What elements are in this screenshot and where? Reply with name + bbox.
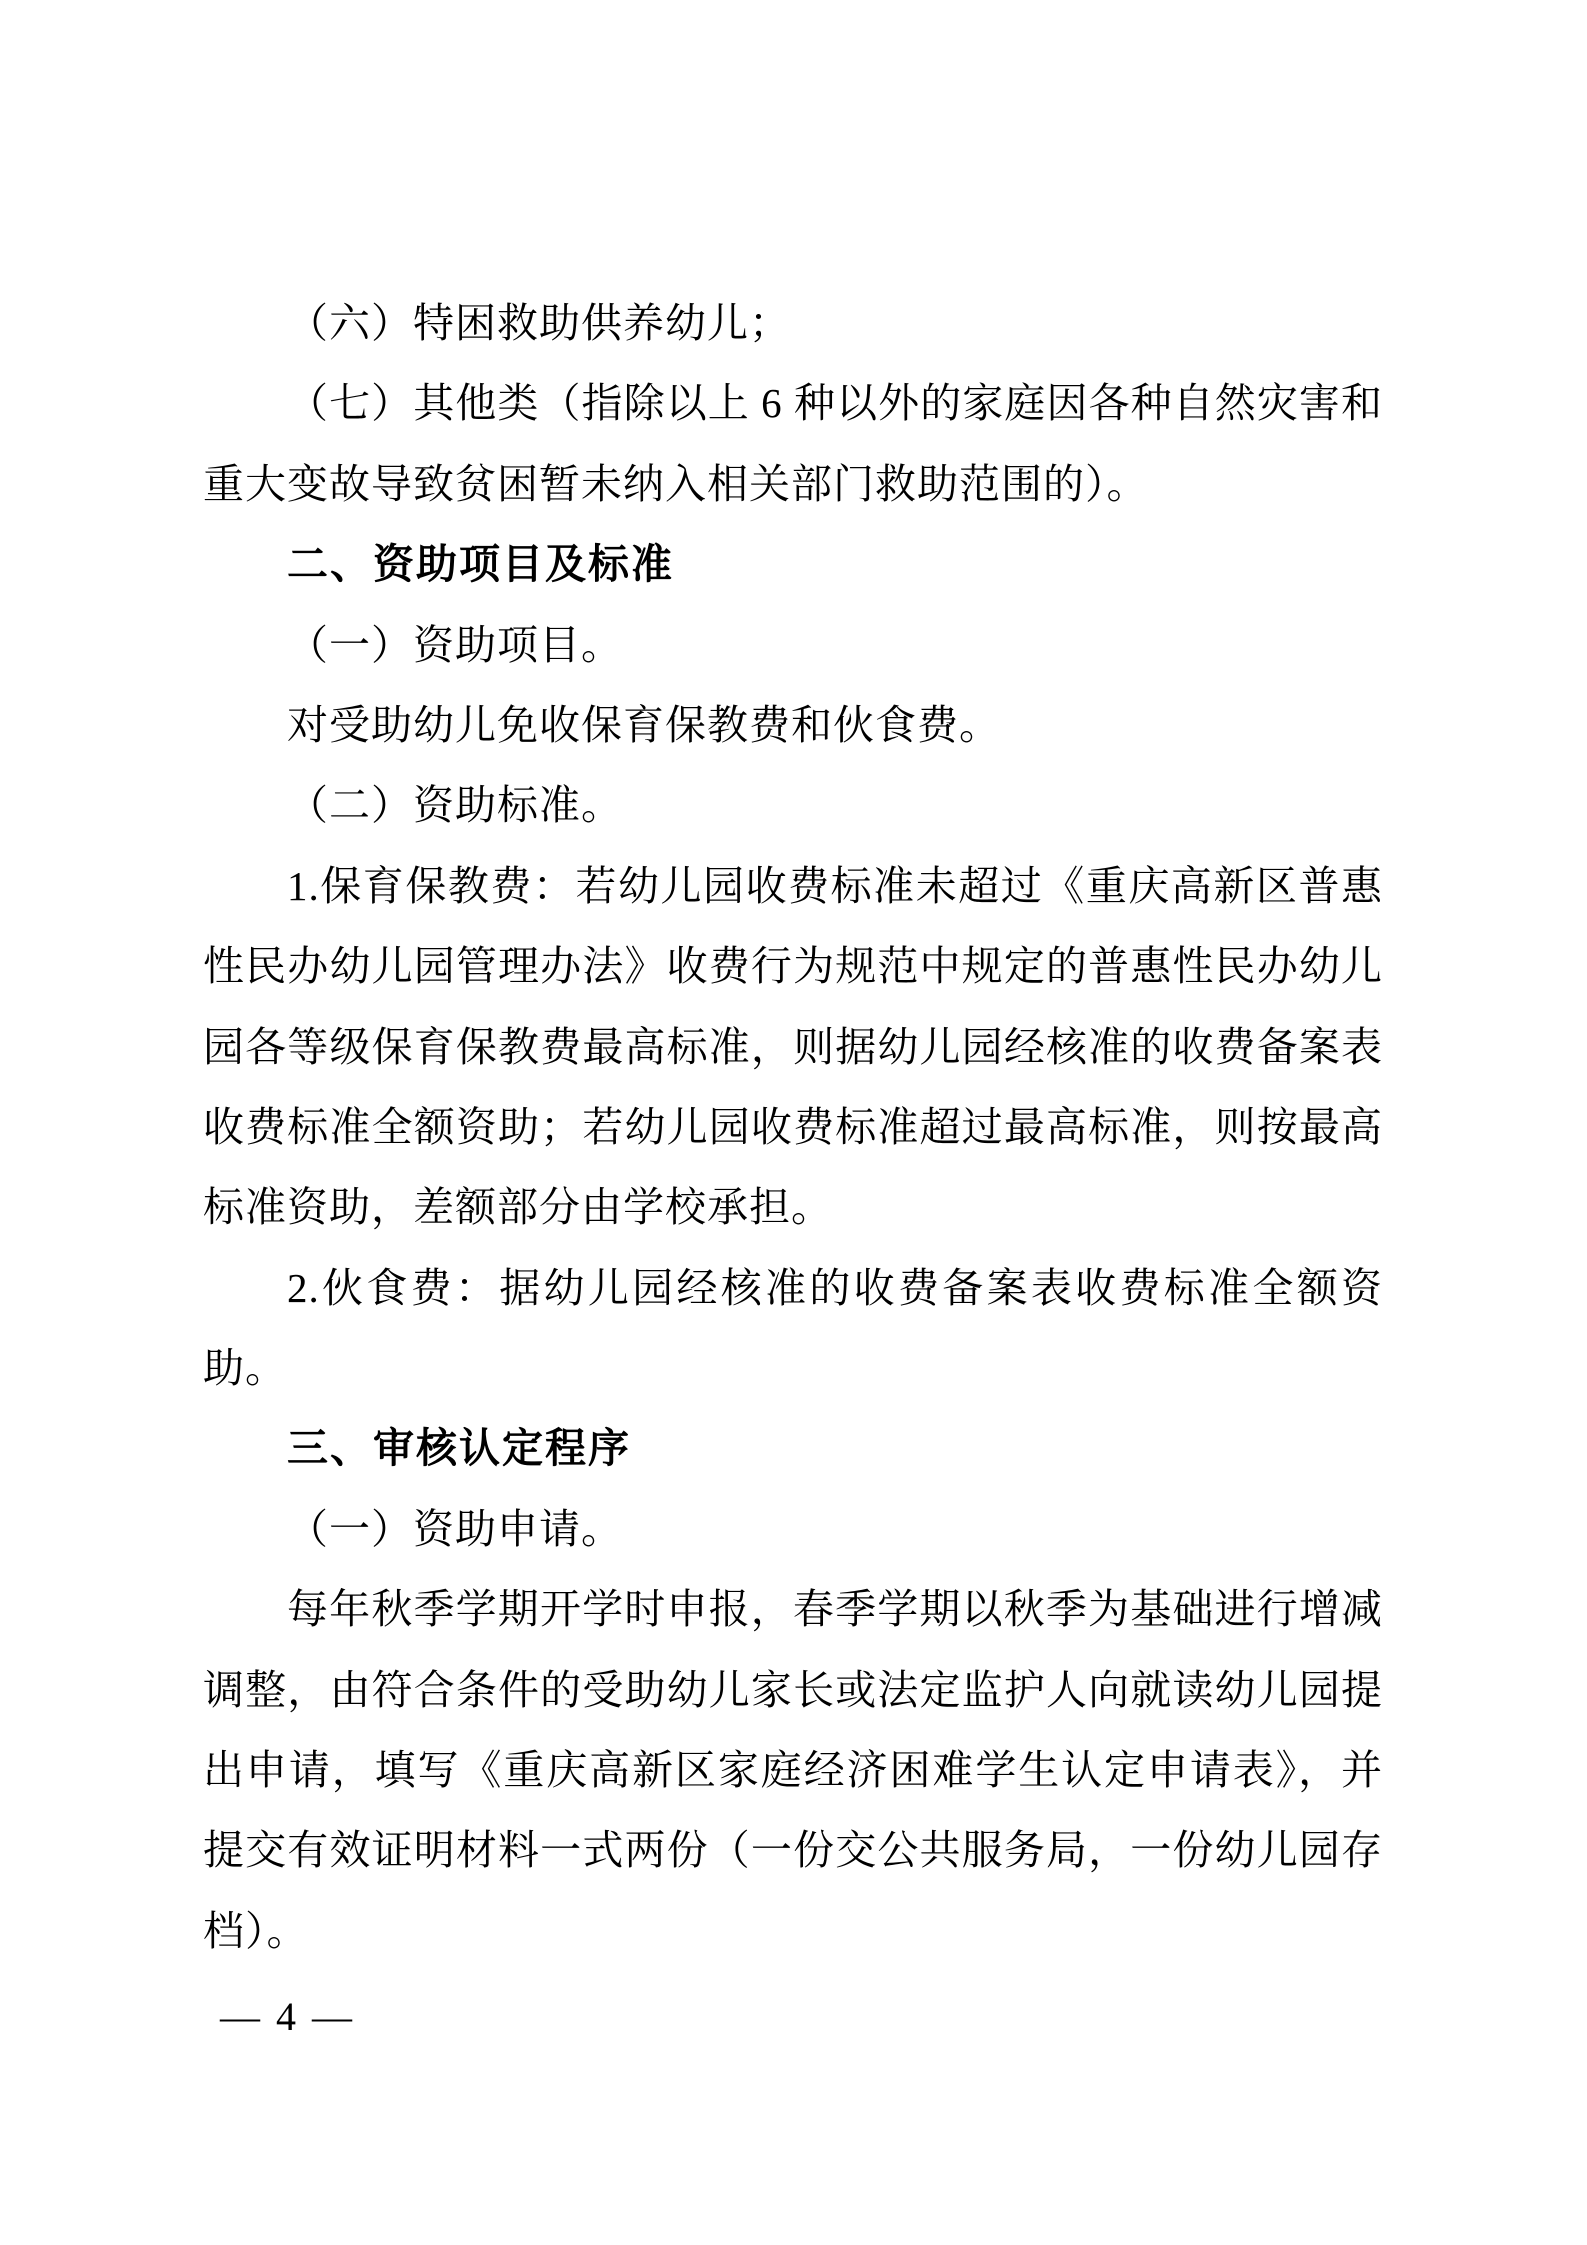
paragraph-line: （二）资助标准。 (203, 765, 1383, 845)
paragraph-line: 重大变故导致贫困暂未纳入相关部门救助范围的）。 (203, 444, 1383, 524)
paragraph-line: 园各等级保育保教费最高标准，则据幼儿园经核准的收费备案表 (203, 1007, 1383, 1087)
paragraph-line: 每年秋季学期开学时申报，春季学期以秋季为基础进行增减 (203, 1569, 1383, 1649)
paragraph-line: 2.伙食费：据幼儿园经核准的收费备案表收费标准全额资 (203, 1248, 1383, 1328)
paragraph-line: 对受助幼儿免收保育保教费和伙食费。 (203, 685, 1383, 765)
paragraph-line: 1.保育保教费：若幼儿园收费标准未超过《重庆高新区普惠 (203, 846, 1383, 926)
paragraph-line: （六）特困救助供养幼儿； (203, 283, 1383, 363)
paragraph-line: 出申请，填写《重庆高新区家庭经济困难学生认定申请表》，并 (203, 1730, 1383, 1810)
paragraph-line: 调整，由符合条件的受助幼儿家长或法定监护人向就读幼儿园提 (203, 1650, 1383, 1730)
paragraph-line: 标准资助，差额部分由学校承担。 (203, 1167, 1383, 1247)
section-heading-2: 二、资助项目及标准 (203, 524, 1383, 604)
paragraph-line: （一）资助项目。 (203, 605, 1383, 685)
page-number: — 4 — (220, 1996, 355, 2038)
paragraph-line: （七）其他类（指除以上 6 种以外的家庭因各种自然灾害和 (203, 363, 1383, 443)
paragraph-line: 性民办幼儿园管理办法》收费行为规范中规定的普惠性民办幼儿 (203, 926, 1383, 1006)
paragraph-line: （一）资助申请。 (203, 1489, 1383, 1569)
section-heading-3: 三、审核认定程序 (203, 1408, 1383, 1488)
paragraph-line: 提交有效证明材料一式两份（一份交公共服务局，一份幼儿园存 (203, 1810, 1383, 1890)
paragraph-line: 档）。 (203, 1891, 1383, 1971)
document-text-block: （六）特困救助供养幼儿； （七）其他类（指除以上 6 种以外的家庭因各种自然灾害… (203, 283, 1383, 1971)
paragraph-line: 收费标准全额资助；若幼儿园收费标准超过最高标准，则按最高 (203, 1087, 1383, 1167)
paragraph-line: 助。 (203, 1328, 1383, 1408)
document-page: （六）特困救助供养幼儿； （七）其他类（指除以上 6 种以外的家庭因各种自然灾害… (0, 0, 1587, 2245)
